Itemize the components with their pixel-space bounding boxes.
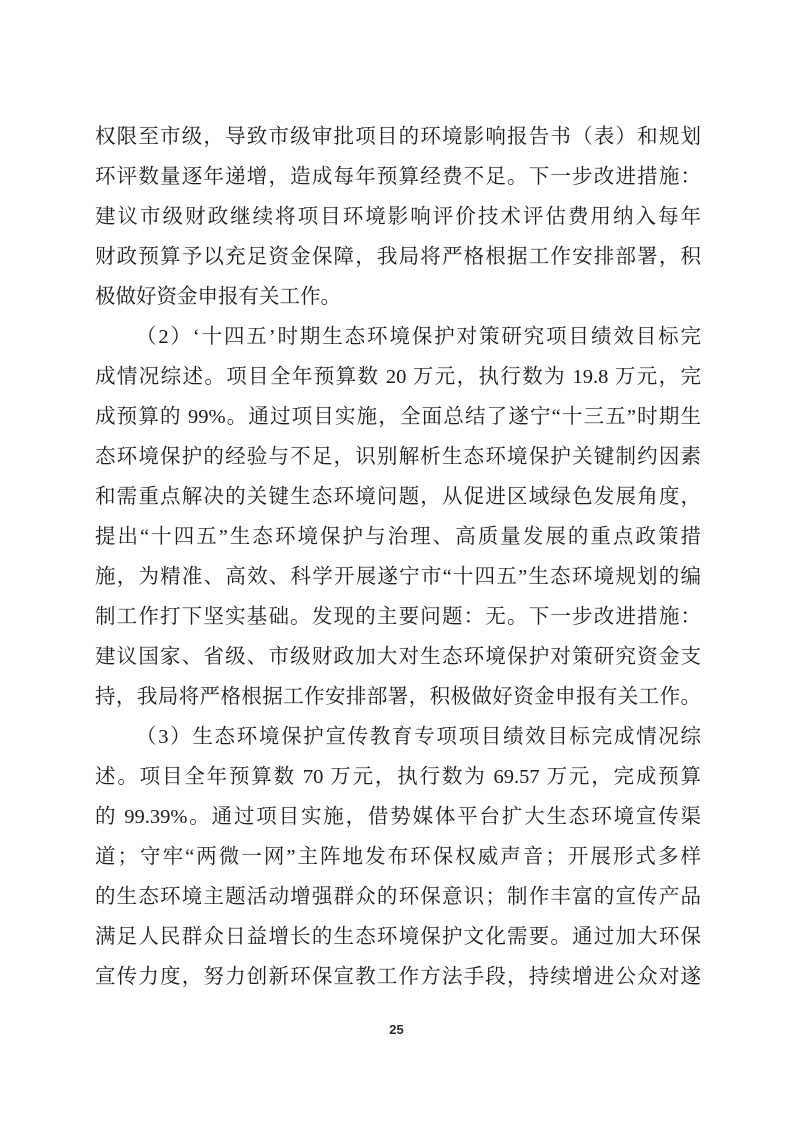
- text-line: 述。项目全年预算数 70 万元，执行数为 69.57 万元，完成预算: [95, 757, 701, 797]
- text-line: 的生态环境主题活动增强群众的环保意识；制作丰富的宣传产品: [95, 877, 701, 917]
- text-line: （3）生态环境保护宣传教育专项项目绩效目标完成情况综: [95, 717, 701, 757]
- document-page: 权限至市级，导致市级审批项目的环境影响报告书（表）和规划环评数量逐年递增，造成每…: [0, 0, 793, 1122]
- text-line: 持，我局将严格根据工作安排部署，积极做好资金申报有关工作。: [95, 677, 701, 717]
- text-line: 建议市级财政继续将项目环境影响评价技术评估费用纳入每年: [95, 197, 701, 237]
- page-footer: 25: [0, 1021, 793, 1039]
- text-line: 环评数量逐年递增，造成每年预算经费不足。下一步改进措施：: [95, 157, 701, 197]
- text-line: 建议国家、省级、市级财政加大对生态环境保护对策研究资金支: [95, 637, 701, 677]
- text-line: （2）‘十四五’时期生态环境保护对策研究项目绩效目标完: [95, 317, 701, 357]
- text-line: 宣传力度，努力创新环保宣教工作方法手段，持续增进公众对遂: [95, 957, 701, 997]
- text-line: 权限至市级，导致市级审批项目的环境影响报告书（表）和规划: [95, 117, 701, 157]
- text-line: 成预算的 99%。通过项目实施，全面总结了遂宁“十三五”时期生: [95, 397, 701, 437]
- text-line: 的 99.39%。通过项目实施，借势媒体平台扩大生态环境宣传渠: [95, 797, 701, 837]
- document-body: 权限至市级，导致市级审批项目的环境影响报告书（表）和规划环评数量逐年递增，造成每…: [95, 117, 701, 997]
- text-line: 成情况综述。项目全年预算数 20 万元，执行数为 19.8 万元，完: [95, 357, 701, 397]
- text-line: 态环境保护的经验与不足，识别解析生态环境保护关键制约因素: [95, 437, 701, 477]
- text-line: 财政预算予以充足资金保障，我局将严格根据工作安排部署，积: [95, 237, 701, 277]
- text-line: 制工作打下坚实基础。发现的主要问题：无。下一步改进措施：: [95, 597, 701, 637]
- text-line: 满足人民群众日益增长的生态环境保护文化需要。通过加大环保: [95, 917, 701, 957]
- page-number: 25: [389, 1022, 403, 1037]
- text-line: 极做好资金申报有关工作。: [95, 277, 701, 317]
- text-line: 道；守牢“两微一网”主阵地发布环保权威声音；开展形式多样: [95, 837, 701, 877]
- paragraph: （2）‘十四五’时期生态环境保护对策研究项目绩效目标完成情况综述。项目全年预算数…: [95, 317, 701, 717]
- text-line: 施，为精准、高效、科学开展遂宁市“十四五”生态环境规划的编: [95, 557, 701, 597]
- text-line: 和需重点解决的关键生态环境问题，从促进区域绿色发展角度，: [95, 477, 701, 517]
- paragraph: 权限至市级，导致市级审批项目的环境影响报告书（表）和规划环评数量逐年递增，造成每…: [95, 117, 701, 317]
- paragraph: （3）生态环境保护宣传教育专项项目绩效目标完成情况综述。项目全年预算数 70 万…: [95, 717, 701, 997]
- text-line: 提出“十四五”生态环境保护与治理、高质量发展的重点政策措: [95, 517, 701, 557]
